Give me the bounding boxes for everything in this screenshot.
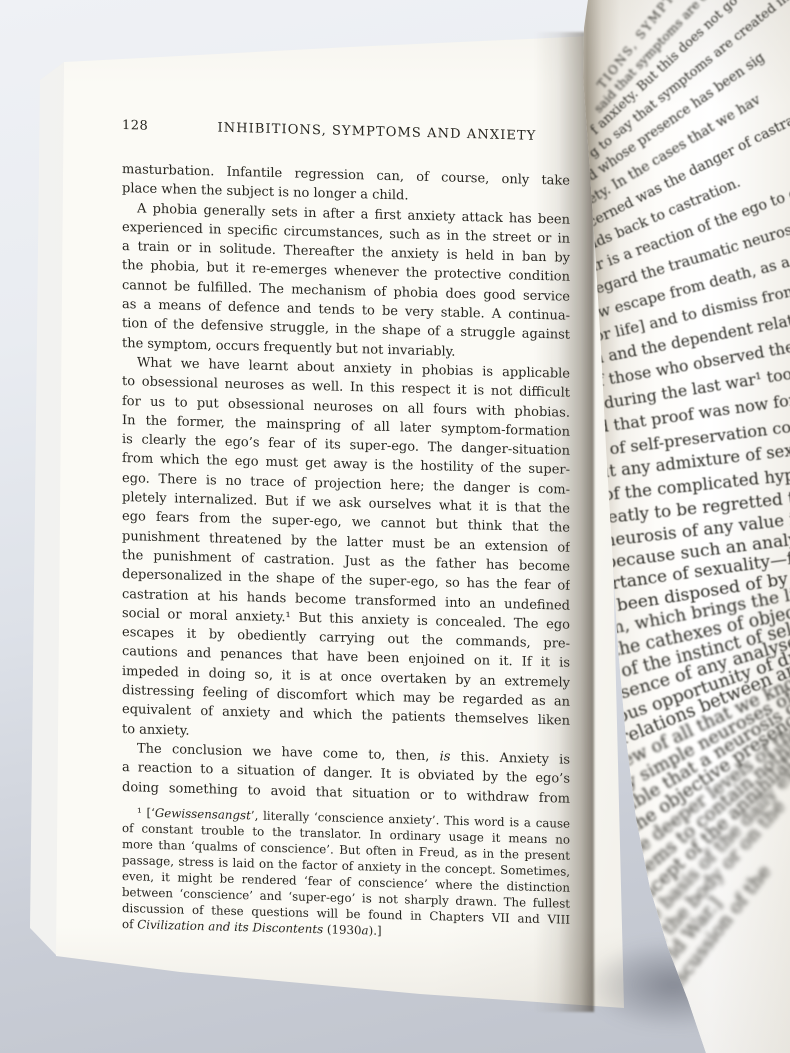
body-text: masturbation. Infantile regression can, … (122, 160, 570, 809)
left-page-text: 128 INHIBITIONS, SYMPTOMS AND ANXIETY ma… (122, 118, 570, 944)
running-title: INHIBITIONS, SYMPTOMS AND ANXIETY (184, 120, 570, 152)
gutter-shadow (534, 32, 594, 1012)
running-header: 128 INHIBITIONS, SYMPTOMS AND ANXIETY (122, 118, 570, 152)
footnote-text: ¹ [‘Gewissensangst’, literally ‘conscien… (122, 804, 570, 944)
page-number: 128 (122, 118, 184, 142)
book-photo: 128 INHIBITIONS, SYMPTOMS AND ANXIETY ma… (0, 0, 790, 1053)
